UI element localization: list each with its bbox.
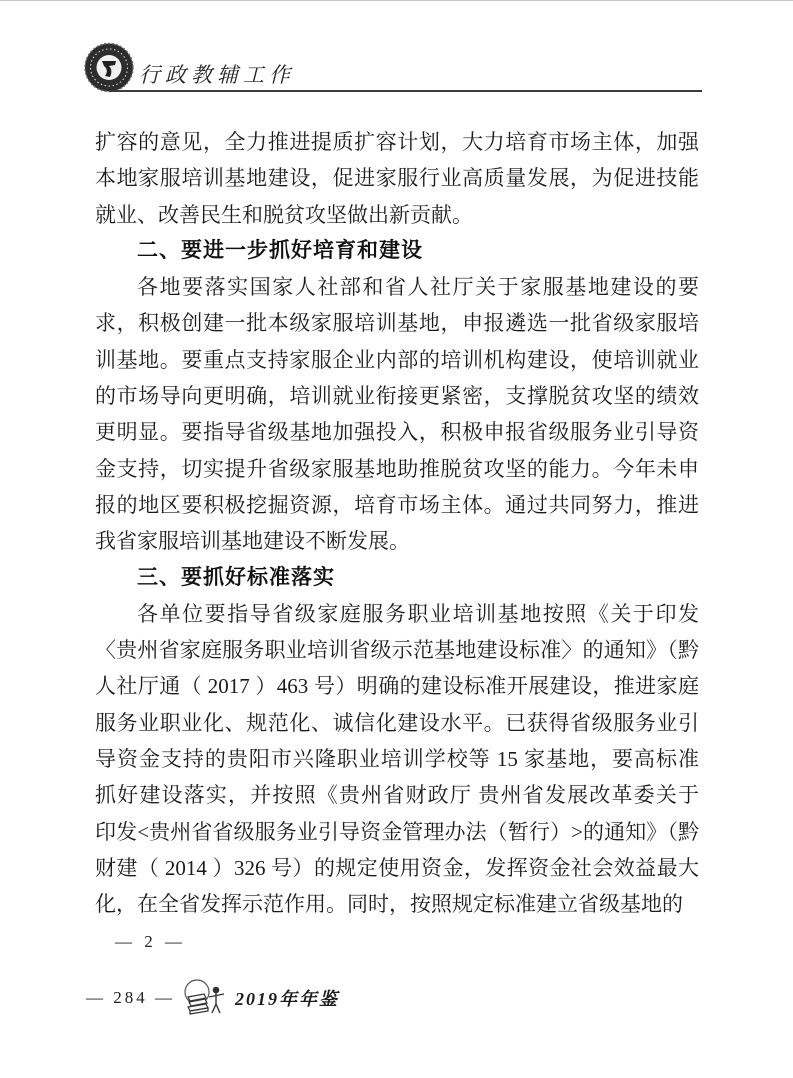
books-reader-icon	[182, 977, 228, 1019]
university-seal-icon	[84, 42, 134, 93]
paragraph-line: 导资金支持的贵阳市兴隆职业培训学校等 15 家基地，要高标准	[95, 741, 699, 777]
paragraph-line: 〈贵州省家庭服务职业培训省级示范基地建设标准〉的通知》（黔	[95, 632, 699, 668]
footer: — 284 — 2019年年鉴	[86, 977, 339, 1019]
paragraph-line: 报的地区要积极挖掘资源，培育市场主体。通过共同努力，推进	[95, 487, 699, 523]
paragraph-line: 就业、改善民生和脱贫攻坚做出新贡献。	[95, 197, 699, 233]
paragraph-line: 扩容的意见，全力推进提质扩容计划，大力培育市场主体，加强	[95, 124, 699, 160]
footer-yearbook-label: 2019年年鉴	[235, 985, 339, 1011]
paragraph-line: 各单位要指导省级家庭服务职业培训基地按照《关于印发	[95, 596, 699, 632]
paragraph-line: 抓好建设落实，并按照《贵州省财政厅 贵州省发展改革委关于	[95, 777, 699, 813]
header-divider	[109, 90, 702, 92]
paragraph-line: 人社厅通（ 2017 ）463 号）明确的建设标准开展建设，推进家庭	[95, 668, 699, 704]
paragraph-line: 更明显。要指导省级基地加强投入，积极申报省级服务业引导资	[95, 414, 699, 450]
document-page: 行政教辅工作 扩容的意见，全力推进提质扩容计划，大力培育市场主体，加强 本地家服…	[0, 0, 793, 1078]
paragraph-line: 服务业职业化、规范化、诚信化建设水平。已获得省级服务业引	[95, 705, 699, 741]
footer-page-label: — 284 —	[86, 988, 175, 1008]
paragraph-line: 印发<贵州省省级服务业引导资金管理办法（暂行）>的通知》（黔	[95, 814, 699, 850]
section-heading-2: 二、要进一步抓好培育和建设	[95, 233, 699, 269]
paragraph-line: 财建（ 2014 ）326 号）的规定使用资金，发挥资金社会效益最大	[95, 850, 699, 886]
paragraph-line: 我省家服培训基地建设不断发展。	[95, 523, 699, 559]
paragraph-line: 求，积极创建一批本级家服培训基地，申报遴选一批省级家服培	[95, 305, 699, 341]
section-heading-3: 三、要抓好标准落实	[95, 560, 699, 596]
document-body: 扩容的意见，全力推进提质扩容计划，大力培育市场主体，加强 本地家服培训基地建设，…	[95, 124, 699, 923]
paragraph-line: 化，在全省发挥示范作用。同时，按照规定标准建立省级基地的	[95, 886, 699, 922]
paragraph-line: 训基地。要重点支持家服企业内部的培训机构建设，使培训就业	[95, 342, 699, 378]
header-section-title: 行政教辅工作	[139, 59, 295, 89]
page-number: — 2 —	[115, 932, 186, 952]
paragraph-line: 本地家服培训基地建设，促进家服行业高质量发展，为促进技能	[95, 160, 699, 196]
paragraph-line: 的市场导向更明确，培训就业衔接更紧密，支撑脱贫攻坚的绩效	[95, 378, 699, 414]
paragraph-line: 各地要落实国家人社部和省人社厅关于家服基地建设的要	[95, 269, 699, 305]
paragraph-line: 金支持，切实提升省级家服基地助推脱贫攻坚的能力。今年未申	[95, 451, 699, 487]
